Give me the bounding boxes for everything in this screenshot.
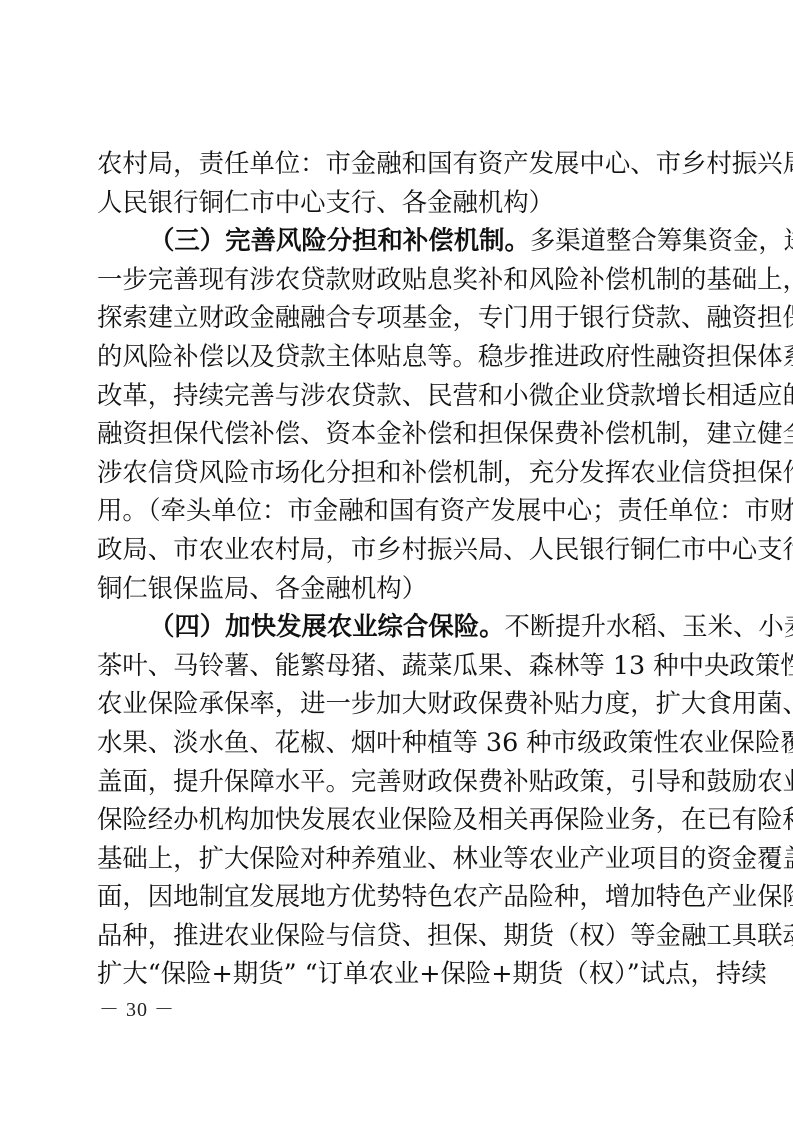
text-segment: 基础上，扩大保险对种养殖业、林业等农业产业项目的资金覆盖 [97, 843, 793, 873]
text-segment: 融资担保代偿补偿、资本金补偿和担保保费补偿机制，建立健全 [97, 418, 793, 448]
text-line: 农业保险承保率，进一步加大财政保费补贴力度，扩大食用菌、 [97, 684, 699, 723]
text-segment: 用。 [97, 495, 148, 525]
text-line: 保险经办机构加快发展农业保险及相关再保险业务，在已有险种 [97, 800, 699, 839]
text-line: 融资担保代偿补偿、资本金补偿和担保保费补偿机制，建立健全 [97, 414, 699, 453]
text-line: 改革，持续完善与涉农贷款、民营和小微企业贷款增长相适应的 [97, 376, 699, 415]
text-segment: 铜仁银保监局、各金融机构） [97, 573, 427, 603]
section-heading: （三）完善风险分担和补偿机制。 [149, 225, 530, 255]
section-heading: （四）加快发展农业综合保险。 [149, 611, 504, 641]
text-line: （四）加快发展农业综合保险。不断提升水稻、玉米、小麦、 [97, 607, 699, 646]
text-line: 政局、市农业农村局，市乡村振兴局、人民银行铜仁市中心支行、 [97, 530, 699, 569]
text-segment: 水果、淡水鱼、花椒、烟叶种植等 36 种市级政策性农业保险覆 [97, 727, 793, 757]
text-segment: 改革，持续完善与涉农贷款、民营和小微企业贷款增长相适应的 [97, 380, 793, 410]
text-segment: 扩大“保险+期货” “订单农业+保险+期货（权）”试点，持续 [97, 958, 767, 988]
document-body: 农村局，责任单位：市金融和国有资产发展中心、市乡村振兴局、人民银行铜仁市中心支行… [97, 144, 699, 993]
text-segment: 面，因地制宜发展地方优势特色农产品险种，增加特色产业保险 [97, 881, 793, 911]
text-segment: 多渠道整合筹集资金，进 [530, 225, 793, 255]
text-segment: 农村局，责任单位：市金融和国有资产发展中心、市乡村振兴局、 [97, 148, 793, 178]
text-line: 铜仁银保监局、各金融机构） [97, 569, 699, 608]
text-line: 用。（牵头单位：市金融和国有资产发展中心；责任单位：市财 [97, 491, 699, 530]
text-segment: 一步完善现有涉农贷款财政贴息奖补和风险补偿机制的基础上， [97, 264, 793, 294]
text-segment: （牵头单位：市金融和国有资产发展中心；责任单位：市财 [148, 495, 793, 525]
text-segment: 探索建立财政金融融合专项基金，专门用于银行贷款、融资担保 [97, 302, 793, 332]
text-line: 水果、淡水鱼、花椒、烟叶种植等 36 种市级政策性农业保险覆 [97, 723, 699, 762]
text-segment: 人民银行铜仁市中心支行、各金融机构） [97, 187, 554, 217]
text-line: 扩大“保险+期货” “订单农业+保险+期货（权）”试点，持续 [97, 954, 699, 993]
text-line: 农村局，责任单位：市金融和国有资产发展中心、市乡村振兴局、 [97, 144, 699, 183]
text-line: （三）完善风险分担和补偿机制。多渠道整合筹集资金，进 [97, 221, 699, 260]
text-segment: 不断提升水稻、玉米、小麦、 [504, 611, 793, 641]
text-line: 人民银行铜仁市中心支行、各金融机构） [97, 183, 699, 222]
text-segment: 政局、市农业农村局，市乡村振兴局、人民银行铜仁市中心支行、 [97, 534, 793, 564]
text-segment: 保险经办机构加快发展农业保险及相关再保险业务，在已有险种 [97, 804, 793, 834]
text-line: 面，因地制宜发展地方优势特色农产品险种，增加特色产业保险 [97, 877, 699, 916]
text-segment: 涉农信贷风险市场化分担和补偿机制，充分发挥农业信贷担保作 [97, 457, 793, 487]
page-number: － 30 － [99, 993, 175, 1022]
text-segment: 农业保险承保率，进一步加大财政保费补贴力度，扩大食用菌、 [97, 688, 793, 718]
text-segment: 茶叶、马铃薯、能繁母猪、蔬菜瓜果、森林等 13 种中央政策性 [97, 650, 793, 680]
text-line: 基础上，扩大保险对种养殖业、林业等农业产业项目的资金覆盖 [97, 839, 699, 878]
text-line: 的风险补偿以及贷款主体贴息等。稳步推进政府性融资担保体系 [97, 337, 699, 376]
text-segment: 的风险补偿以及贷款主体贴息等。稳步推进政府性融资担保体系 [97, 341, 793, 371]
text-line: 涉农信贷风险市场化分担和补偿机制，充分发挥农业信贷担保作 [97, 453, 699, 492]
text-line: 品种，推进农业保险与信贷、担保、期货（权）等金融工具联动， [97, 916, 699, 955]
text-line: 一步完善现有涉农贷款财政贴息奖补和风险补偿机制的基础上， [97, 260, 699, 299]
text-line: 茶叶、马铃薯、能繁母猪、蔬菜瓜果、森林等 13 种中央政策性 [97, 646, 699, 685]
text-segment: 品种，推进农业保险与信贷、担保、期货（权）等金融工具联动， [97, 920, 793, 950]
text-segment: 盖面，提升保障水平。完善财政保费补贴政策，引导和鼓励农业 [97, 766, 793, 796]
text-line: 盖面，提升保障水平。完善财政保费补贴政策，引导和鼓励农业 [97, 762, 699, 801]
text-line: 探索建立财政金融融合专项基金，专门用于银行贷款、融资担保 [97, 298, 699, 337]
